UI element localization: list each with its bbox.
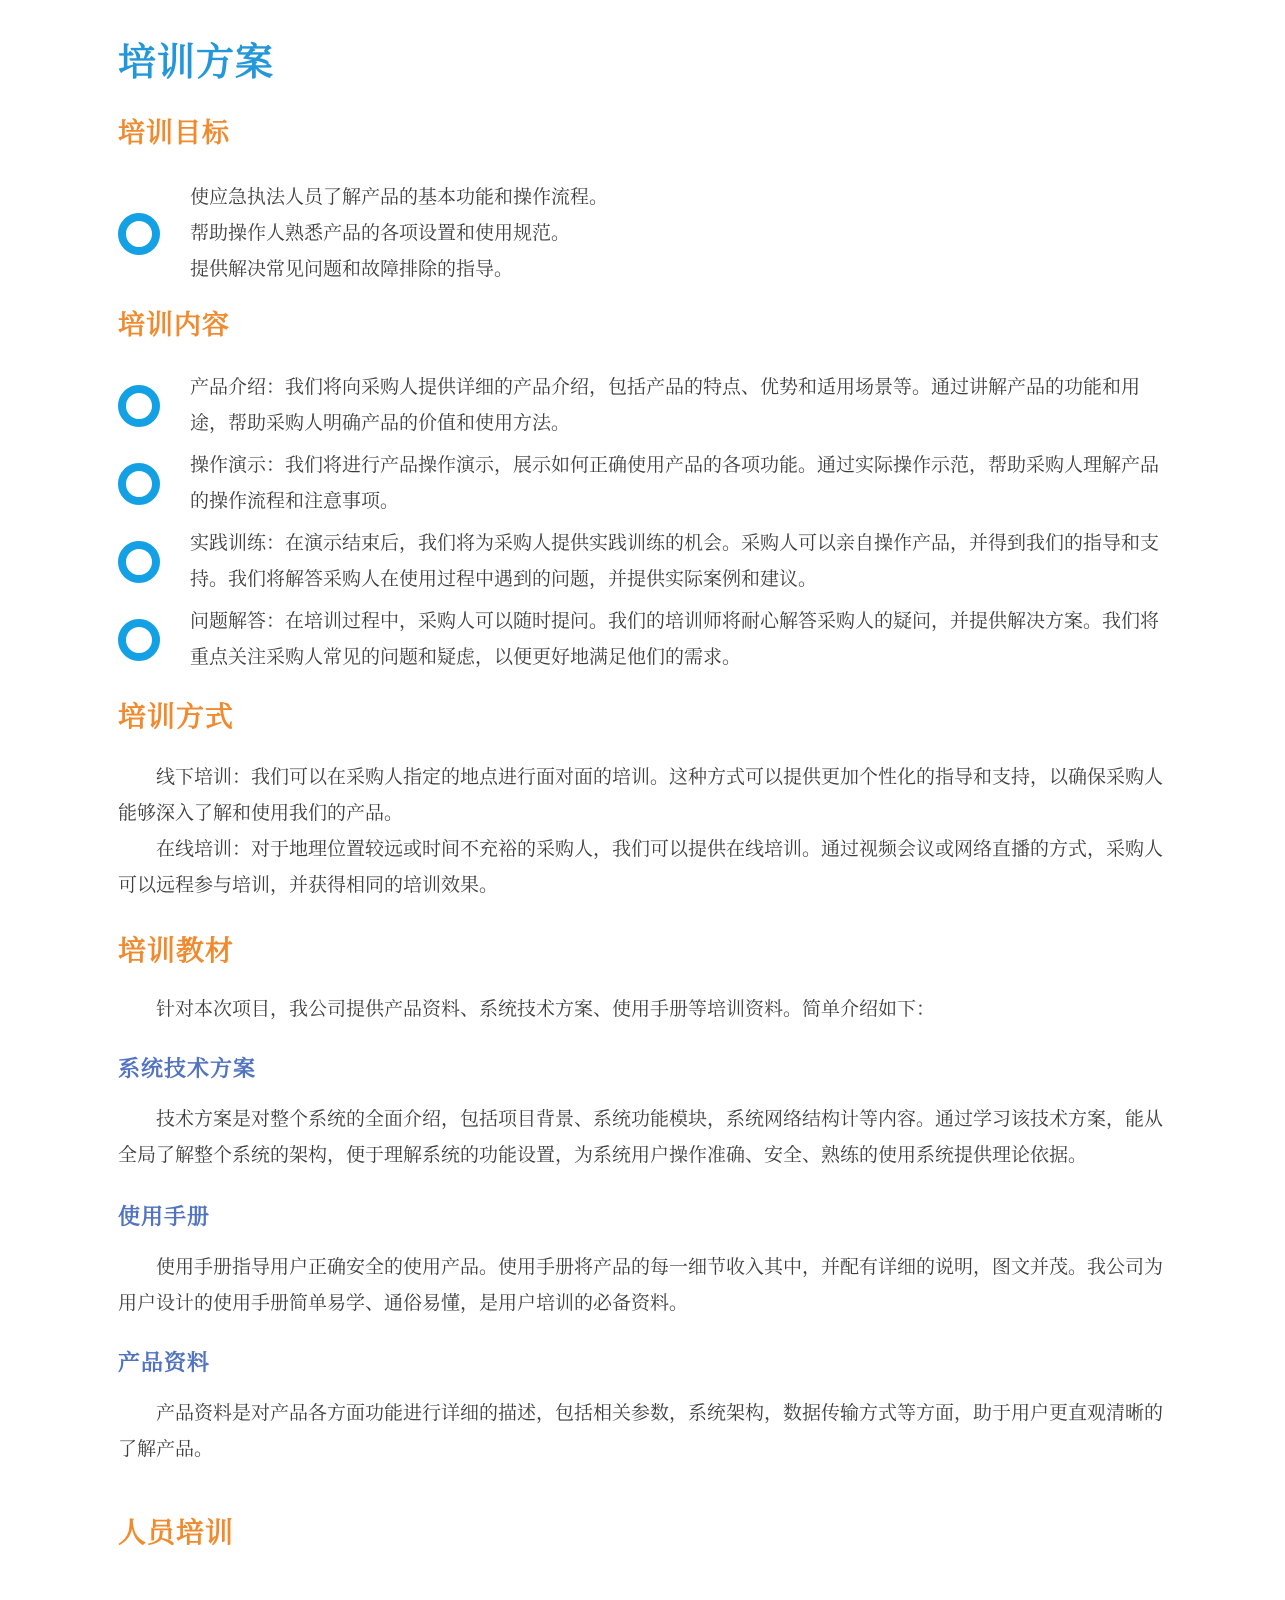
circle-bullet-icon (118, 463, 160, 505)
content-bullet-item: 产品介绍：我们将向采购人提供详细的产品介绍，包括产品的特点、优势和适用场景等。通… (118, 370, 1167, 442)
circle-bullet-icon (118, 213, 160, 255)
document-page: 培训方案 培训目标 使应急执法人员了解产品的基本功能和操作流程。 帮助操作人熟悉… (0, 0, 1285, 1600)
section-heading-materials: 培训教材 (118, 934, 1167, 968)
subsection-heading-user-manual: 使用手册 (118, 1204, 1167, 1230)
goal-bullet-line: 提供解决常见问题和故障排除的指导。 (190, 252, 1167, 288)
goal-bullet-line: 帮助操作人熟悉产品的各项设置和使用规范。 (190, 216, 1167, 252)
circle-bullet-icon (118, 385, 160, 427)
circle-bullet-icon (118, 619, 160, 661)
section-heading-personnel: 人员培训 (118, 1516, 1167, 1550)
section-heading-content: 培训内容 (118, 308, 1167, 342)
goal-bullet-item: 使应急执法人员了解产品的基本功能和操作流程。 帮助操作人熟悉产品的各项设置和使用… (118, 180, 1167, 288)
section-heading-method: 培训方式 (118, 700, 1167, 734)
content-bullet-item: 操作演示：我们将进行产品操作演示，展示如何正确使用产品的各项功能。通过实际操作示… (118, 448, 1167, 520)
materials-intro-paragraph: 针对本次项目，我公司提供产品资料、系统技术方案、使用手册等培训资料。简单介绍如下… (118, 992, 1167, 1028)
subsection-heading-tech-plan: 系统技术方案 (118, 1056, 1167, 1082)
product-info-paragraph: 产品资料是对产品各方面功能进行详细的描述，包括相关参数，系统架构，数据传输方式等… (118, 1396, 1167, 1468)
content-bullet-item: 实践训练：在演示结束后，我们将为采购人提供实践训练的机会。采购人可以亲自操作产品… (118, 526, 1167, 598)
content-bullet-list: 产品介绍：我们将向采购人提供详细的产品介绍，包括产品的特点、优势和适用场景等。通… (118, 370, 1167, 676)
user-manual-paragraph: 使用手册指导用户正确安全的使用产品。使用手册将产品的每一细节收入其中，并配有详细… (118, 1250, 1167, 1322)
content-bullet-text: 问题解答：在培训过程中，采购人可以随时提问。我们的培训师将耐心解答采购人的疑问，… (190, 604, 1167, 676)
content-bullet-item: 问题解答：在培训过程中，采购人可以随时提问。我们的培训师将耐心解答采购人的疑问，… (118, 604, 1167, 676)
tech-plan-paragraph: 技术方案是对整个系统的全面介绍，包括项目背景、系统功能模块，系统网络结构计等内容… (118, 1102, 1167, 1174)
circle-bullet-icon (118, 541, 160, 583)
content-bullet-text: 实践训练：在演示结束后，我们将为采购人提供实践训练的机会。采购人可以亲自操作产品… (190, 526, 1167, 598)
method-paragraph: 在线培训：对于地理位置较远或时间不充裕的采购人，我们可以提供在线培训。通过视频会… (118, 832, 1167, 904)
content-bullet-text: 产品介绍：我们将向采购人提供详细的产品介绍，包括产品的特点、优势和适用场景等。通… (190, 370, 1167, 442)
document-title: 培训方案 (118, 40, 1167, 86)
goal-bullet-text: 使应急执法人员了解产品的基本功能和操作流程。 帮助操作人熟悉产品的各项设置和使用… (190, 180, 1167, 288)
content-bullet-text: 操作演示：我们将进行产品操作演示，展示如何正确使用产品的各项功能。通过实际操作示… (190, 448, 1167, 520)
method-paragraph: 线下培训：我们可以在采购人指定的地点进行面对面的培训。这种方式可以提供更加个性化… (118, 760, 1167, 832)
subsection-heading-product-info: 产品资料 (118, 1350, 1167, 1376)
goal-bullet-line: 使应急执法人员了解产品的基本功能和操作流程。 (190, 180, 1167, 216)
section-heading-goal: 培训目标 (118, 116, 1167, 150)
